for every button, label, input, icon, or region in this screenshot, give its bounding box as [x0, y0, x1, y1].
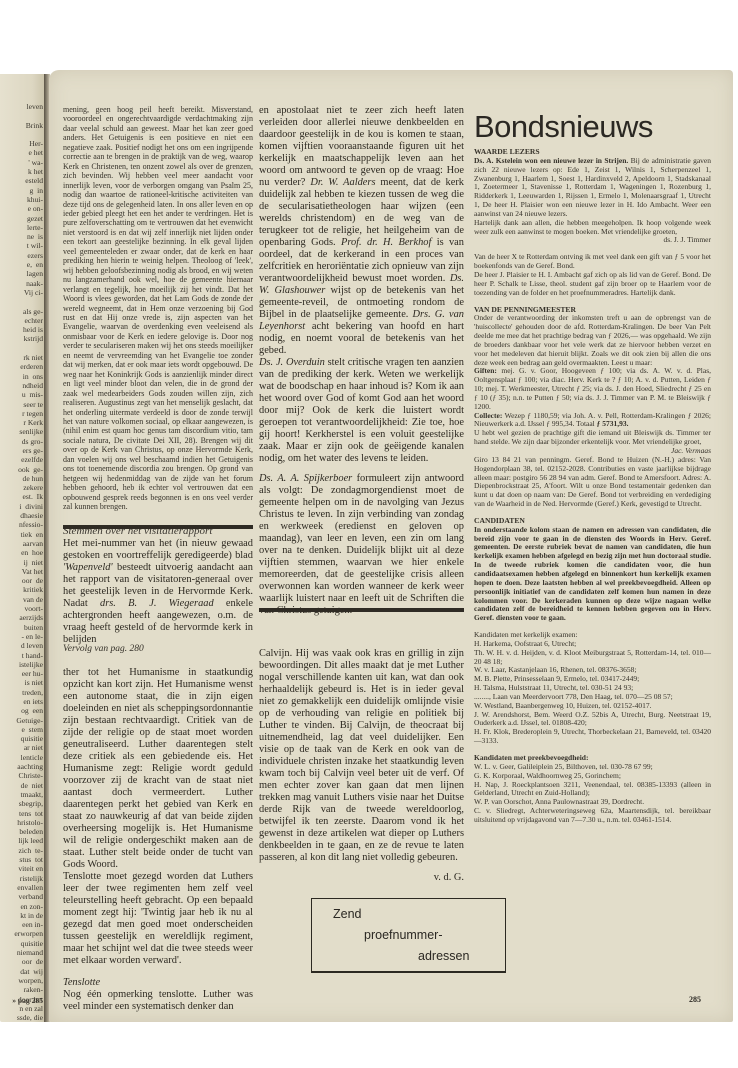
- continued-from-label: Vervolg van pag. 280: [63, 644, 253, 655]
- section-body: U hebt wel gezien de prachtige gift die …: [474, 429, 711, 447]
- person-name: Ds. J. Overduin: [259, 357, 325, 368]
- article-paragraph-overduin: Ds. J. Overduin stelt critische vragen t…: [259, 357, 464, 465]
- column-2-continuation: Calvijn. Hij was vaak ook kras en grilli…: [259, 648, 464, 884]
- ad-line-2: proefnummer-: [364, 928, 443, 942]
- text: en apostolaat niet te zeer zich heeft la…: [259, 105, 464, 188]
- section-body: Hartelijk dank aan allen, die hebben mee…: [474, 219, 711, 237]
- text: mej. G. v. Goor, Hoogeveen ƒ 100; via ds…: [474, 366, 711, 410]
- column-1-continuation: Vervolg van pag. 280 ther tot het Humani…: [63, 644, 253, 1013]
- text: Het mei-nummer van het (in nieuw gewaad …: [63, 538, 253, 561]
- bondsnieuws-masthead: Bondsnieuws: [474, 110, 711, 144]
- column-3-bondsnieuws: Bondsnieuws WAARDE LEZERS Ds. A. Kstelei…: [474, 110, 711, 825]
- lead-text: Ds. A. Kstelein won een nieuwe lezer in …: [474, 156, 628, 165]
- person-name: Prof. dr. H. Berkhof: [341, 237, 431, 248]
- left-page-continued: » pag 285: [12, 996, 43, 1005]
- candidate-entry: J. W. Arendshorst, Bem. Weerd O.Z. 52bis…: [474, 711, 711, 729]
- page-number: 285: [689, 995, 701, 1004]
- ad-line-3: adressen: [418, 949, 469, 963]
- article-paragraph: mening, geen hoog peil heeft bereikt. Mi…: [63, 105, 253, 511]
- left-page-text: leven Brink Her- e het ' wa- k het estel…: [14, 102, 43, 1022]
- article-paragraph: ther tot het Humanisme in staatkundig op…: [63, 667, 253, 871]
- signature: ds. J. J. Timmer: [474, 236, 711, 245]
- person-name: Ds. A. A. Spijkerboer: [259, 473, 352, 484]
- notice: Van de heer X te Rotterdam ontving ik me…: [474, 253, 711, 271]
- article-paragraph: Tenslotte moet gezegd worden dat Luthers…: [63, 871, 253, 967]
- magazine-page: mening, geen hoog peil heeft bereikt. Mi…: [49, 70, 733, 1022]
- total-amount: ƒ 5731,93.: [597, 419, 629, 428]
- notice: De heer J. Plaisier te H. I. Ambacht gaf…: [474, 271, 711, 298]
- subheading-tenslotte: Tenslotte: [63, 977, 253, 989]
- candidate-list-preekbevoegdheid: W. L. v. Geer, Galileiplein 25, Bilthove…: [474, 763, 711, 825]
- section-body: Onder de verantwoording der inkomsten tr…: [474, 314, 711, 367]
- giro-info: Giro 13 84 21 van penningm. Geref. Bond …: [474, 456, 711, 509]
- section-body: Ds. A. Kstelein won een nieuwe lezer in …: [474, 157, 711, 219]
- section-rule: [63, 525, 253, 529]
- text: Bij de administratie gaven zich 22 nieuw…: [474, 156, 711, 218]
- person-name: Dr. W. Aalders: [310, 177, 375, 188]
- section-rule: [259, 608, 464, 612]
- article-paragraph-wapenveld: Het mei-nummer van het (in nieuw gewaad …: [63, 538, 253, 646]
- giften-list: Giften: mej. G. v. Goor, Hoogeveen ƒ 100…: [474, 367, 711, 411]
- text: stelt critische vragen ten aanzien van d…: [259, 357, 464, 464]
- left-page-fragment: leven Brink Her- e het ' wa- k het estel…: [0, 74, 46, 1022]
- candidate-list-examen: H. Harkema, Oofstraat 6, Utrecht;Th. W. …: [474, 640, 711, 746]
- candidate-entry: H. Fr. Klok, Brederoplein 9, Utrecht, Th…: [474, 728, 711, 746]
- article-paragraph-voices: en apostolaat niet te zeer zich heeft la…: [259, 105, 464, 357]
- candidate-entry: H. Nap, J. Roeckplantsoen 3211, Veenenda…: [474, 781, 711, 799]
- ad-line-1: Zend: [333, 907, 362, 921]
- article-paragraph: Calvijn. Hij was vaak ook kras en grilli…: [259, 648, 464, 864]
- proefnummer-ad-box: Zend proefnummer- adressen: [311, 898, 506, 973]
- column-1: mening, geen hoog peil heeft bereikt. Mi…: [63, 105, 253, 646]
- label: Giften:: [474, 366, 497, 375]
- column-2: en apostolaat niet te zeer zich heeft la…: [259, 105, 464, 617]
- collecte-list: Collecte: Wezep ƒ 1180,59; via Joh. A. v…: [474, 412, 711, 430]
- person-name: drs. B. J. Wiegeraad: [100, 598, 214, 609]
- label: Collecte:: [474, 411, 502, 420]
- candidate-entry: C. v. Sliedregt, Achterweteringseweg 62a…: [474, 807, 711, 825]
- article-paragraph-spijkerboer: Ds. A. A. Spijkerboer formuleert zijn an…: [259, 473, 464, 617]
- article-paragraph: Nog één opmerking tenslotte. Luther was …: [63, 989, 253, 1013]
- magazine-name: 'Wapenveld': [63, 562, 113, 573]
- article-signature: v. d. G.: [259, 872, 464, 884]
- section-body: In onderstaande kolom staan de namen en …: [474, 526, 711, 623]
- text: formuleert zijn antwoord als volgt: De z…: [259, 473, 464, 616]
- candidate-entry: Th. W. H. v. d. Heijden, v. d. Kloot Mei…: [474, 649, 711, 667]
- text: Wezep ƒ 1180,59; via Joh. A. v. Pell, Ro…: [474, 411, 711, 429]
